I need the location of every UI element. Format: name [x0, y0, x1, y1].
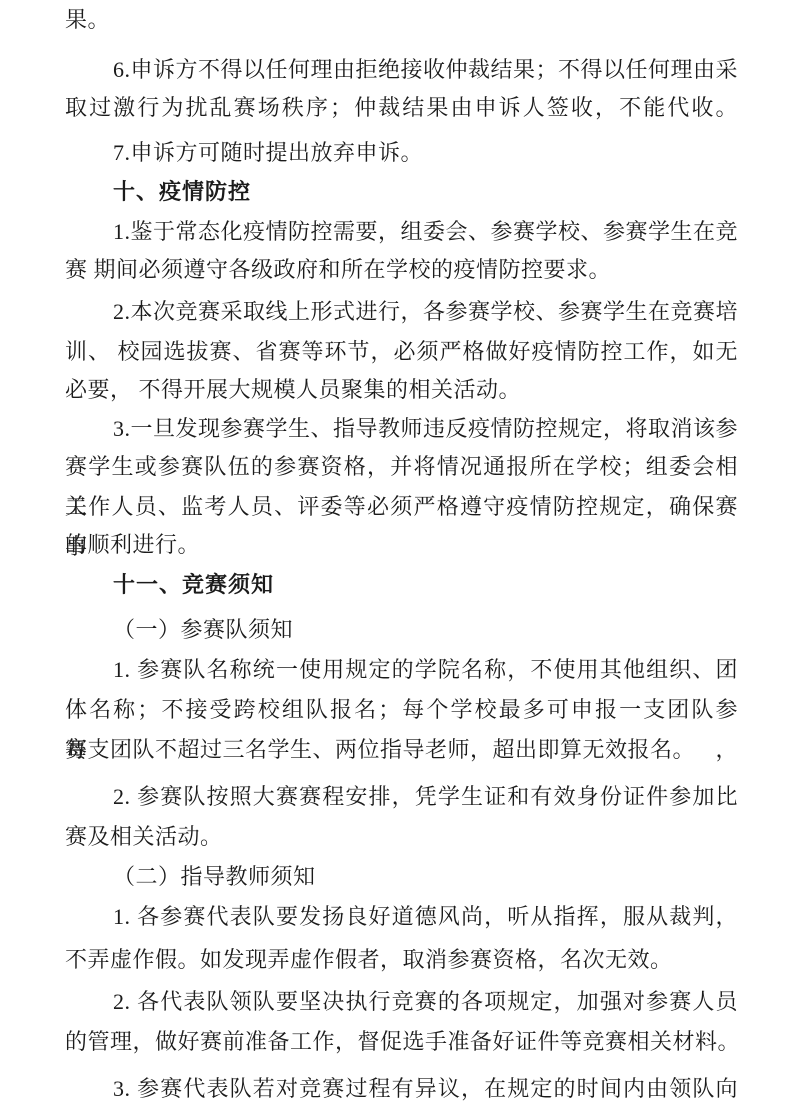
body-line-continuation: 赛 期间必须遵守各级政府和所在学校的疫情防控要求。 [65, 250, 738, 290]
body-line-continuation: 赛学生或参赛队伍的参赛资格，并将情况通报所在学校；组委会相关 [65, 447, 738, 487]
body-line-continuation: 的管理，做好赛前准备工作，督促选手准备好证件等竞赛相关材料。 [65, 1022, 738, 1062]
body-line-continuation: 体名称；不接受跨校组队报名；每个学校最多可申报一支团队参赛， [65, 690, 738, 730]
body-line: 1. 参赛队名称统一使用规定的学院名称，不使用其他组织、团 [65, 650, 738, 690]
body-line-continuation: 不弄虚作假。如发现弄虚作假者，取消参赛资格，名次无效。 [65, 940, 738, 980]
body-line-continuation: 果。 [65, 0, 738, 40]
body-line: 2. 各代表队领队要坚决执行竞赛的各项规定，加强对参赛人员 [65, 982, 738, 1022]
body-line-continuation: 工作人员、监考人员、评委等必须严格遵守疫情防控规定，确保赛事 [65, 487, 738, 527]
body-line: 6.申诉方不得以任何理由拒绝接收仲裁结果；不得以任何理由采 [65, 50, 738, 90]
body-line: 1. 各参赛代表队要发扬良好道德风尚，听从指挥，服从裁判， [65, 897, 738, 937]
body-line-continuation: 赛及相关活动。 [65, 817, 738, 857]
section-heading-10: 十、疫情防控 [65, 172, 738, 212]
subsection-heading-1: （一）参赛队须知 [65, 610, 738, 650]
document-page: 果。 6.申诉方不得以任何理由拒绝接收仲裁结果；不得以任何理由采 取过激行为扰乱… [0, 0, 800, 1119]
body-line-continuation: 的顺利进行。 [65, 525, 738, 565]
body-line-continuation: 训、 校园选拔赛、省赛等环节，必须严格做好疫情防控工作，如无 [65, 332, 738, 372]
body-line: 2. 参赛队按照大赛赛程安排，凭学生证和有效身份证件参加比 [65, 777, 738, 817]
body-line: 1.鉴于常态化疫情防控需要，组委会、参赛学校、参赛学生在竞 [65, 212, 738, 252]
body-line: 7.申诉方可随时提出放弃申诉。 [65, 133, 738, 173]
body-line: 3. 参赛代表队若对竞赛过程有异议，在规定的时间内由领队向 [65, 1069, 738, 1109]
subsection-heading-2: （二）指导教师须知 [65, 857, 738, 897]
body-line: 3.一旦发现参赛学生、指导教师违反疫情防控规定，将取消该参 [65, 409, 738, 449]
body-line-continuation: 取过激行为扰乱赛场秩序；仲裁结果由申诉人签收，不能代收。 [65, 88, 738, 128]
section-heading-11: 十一、竞赛须知 [65, 565, 738, 605]
body-line-continuation: 每支团队不超过三名学生、两位指导老师，超出即算无效报名。 [65, 730, 738, 770]
body-line: 2.本次竞赛采取线上形式进行，各参赛学校、参赛学生在竞赛培 [65, 292, 738, 332]
body-line-continuation: 必要， 不得开展大规模人员聚集的相关活动。 [65, 370, 738, 410]
